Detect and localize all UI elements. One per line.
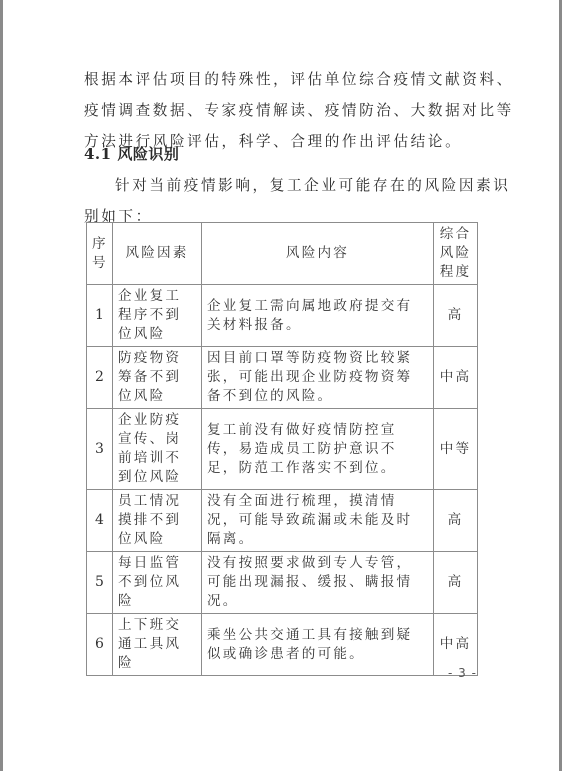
row-level: 中高 <box>434 347 478 409</box>
section-heading: 4.1 风险识别 <box>84 143 179 164</box>
row-factor: 防疫物资筹备不到位风险 <box>113 347 202 409</box>
table-row: 4 员工情况摸排不到位风险 没有全面进行梳理，摸清情况，可能导致疏漏或未能及时隔… <box>87 490 478 552</box>
table-row: 2 防疫物资筹备不到位风险 因目前口罩等防疫物资比较紧张，可能出现企业防疫物资筹… <box>87 347 478 409</box>
row-factor: 员工情况摸排不到位风险 <box>113 490 202 552</box>
page-number: - 3 - <box>448 666 477 680</box>
header-level: 综合风险程度 <box>434 223 478 285</box>
table-row: 1 企业复工程序不到位风险 企业复工需向属地政府提交有关材料报备。 高 <box>87 285 478 347</box>
risk-table: 序号 风险因素 风险内容 综合风险程度 1 企业复工程序不到位风险 企业复工需向… <box>86 222 478 676</box>
row-index: 2 <box>87 347 113 409</box>
row-content: 复工前没有做好疫情防控宣传，易造成员工防护意识不足，防范工作落实不到位。 <box>202 409 434 490</box>
row-factor: 上下班交通工具风险 <box>113 614 202 676</box>
section-line-1: 针对当前疫情影响，复工企业可能存在的风险因素识 <box>84 170 510 201</box>
row-content: 没有全面进行梳理，摸清情况，可能导致疏漏或未能及时隔离。 <box>202 490 434 552</box>
row-index: 5 <box>87 552 113 614</box>
intro-line-2: 疫情调查数据、专家疫情解读、疫情防治、大数据对比等 <box>84 95 514 126</box>
row-content: 因目前口罩等防疫物资比较紧张，可能出现企业防疫物资筹备不到位的风险。 <box>202 347 434 409</box>
row-index: 1 <box>87 285 113 347</box>
row-factor: 企业复工程序不到位风险 <box>113 285 202 347</box>
row-factor: 企业防疫宣传、岗前培训不到位风险 <box>113 409 202 490</box>
row-level: 高 <box>434 285 478 347</box>
row-content: 没有按照要求做到专人专管，可能出现漏报、缓报、瞒报情况。 <box>202 552 434 614</box>
row-level: 高 <box>434 552 478 614</box>
table-row: 3 企业防疫宣传、岗前培训不到位风险 复工前没有做好疫情防控宣传，易造成员工防护… <box>87 409 478 490</box>
row-index: 6 <box>87 614 113 676</box>
row-content: 乘坐公共交通工具有接触到疑似或确诊患者的可能。 <box>202 614 434 676</box>
table-row: 6 上下班交通工具风险 乘坐公共交通工具有接触到疑似或确诊患者的可能。 中高 <box>87 614 478 676</box>
row-content: 企业复工需向属地政府提交有关材料报备。 <box>202 285 434 347</box>
row-factor: 每日监管不到位风险 <box>113 552 202 614</box>
header-index: 序号 <box>87 223 113 285</box>
row-index: 4 <box>87 490 113 552</box>
header-content: 风险内容 <box>202 223 434 285</box>
intro-line-1: 根据本评估项目的特殊性，评估单位综合疫情文献资料、 <box>84 64 514 95</box>
row-level: 中等 <box>434 409 478 490</box>
table-header-row: 序号 风险因素 风险内容 综合风险程度 <box>87 223 478 285</box>
table-row: 5 每日监管不到位风险 没有按照要求做到专人专管，可能出现漏报、缓报、瞒报情况。… <box>87 552 478 614</box>
row-index: 3 <box>87 409 113 490</box>
row-level: 高 <box>434 490 478 552</box>
header-factor: 风险因素 <box>113 223 202 285</box>
